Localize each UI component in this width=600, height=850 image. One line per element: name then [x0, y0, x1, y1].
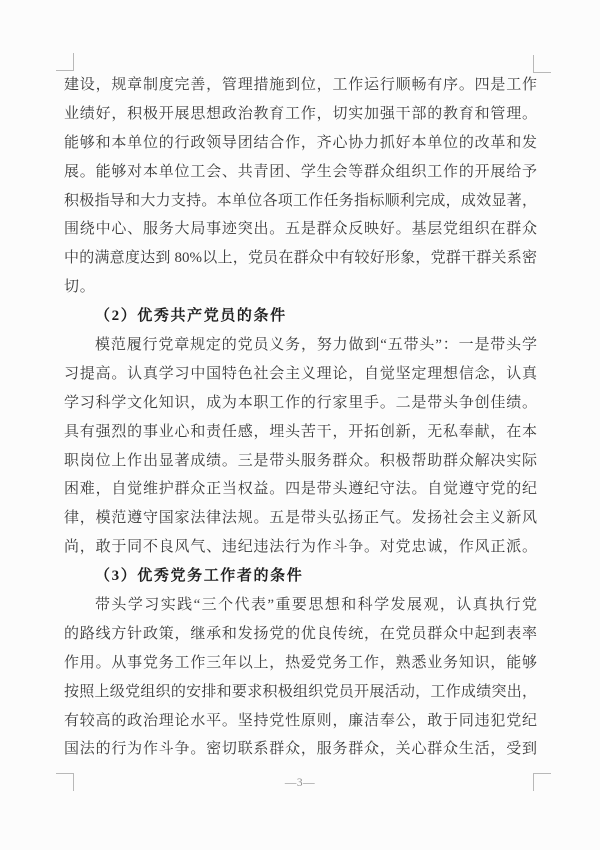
body-line: 展。能够对本单位工会、共青团、学生会等群众组织工作的开展给予	[64, 158, 537, 187]
section-heading-2: （2）优秀共产党员的条件	[64, 302, 537, 331]
section-heading-3: （3）优秀党务工作者的条件	[64, 562, 537, 591]
page-number: —3—	[0, 777, 600, 789]
document-text-block: 建设，规章制度完善，管理措施到位，工作运行顺畅有序。四是工作 业绩好，积极开展思…	[64, 71, 537, 764]
body-line: 律，模范遵守国家法律法规。五是带头弘扬正气。发扬社会主义新风	[64, 504, 537, 533]
body-line: 有较高的政治理论水平。坚持党性原则，廉洁奉公，敢于同违犯党纪	[64, 707, 537, 736]
crop-mark-top-left-icon	[56, 53, 74, 71]
body-line: 国法的行为作斗争。密切联系群众，服务群众，关心群众生活，受到	[64, 735, 537, 764]
body-line: 困难，自觉维护群众正当权益。四是带头遵纪守法。自觉遵守党的纪	[64, 475, 537, 504]
body-line: 具有强烈的事业心和责任感，埋头苦干，开拓创新，无私奉献，在本	[64, 418, 537, 447]
body-line: 围绕中心、服务大局事迹突出。五是群众反映好。基层党组织在群众	[64, 215, 537, 244]
body-line: 习提高。认真学习中国特色社会主义理论，自觉坚定理想信念，认真	[64, 360, 537, 389]
document-page: 建设，规章制度完善，管理措施到位，工作运行顺畅有序。四是工作 业绩好，积极开展思…	[0, 0, 600, 850]
body-line: 建设，规章制度完善，管理措施到位，工作运行顺畅有序。四是工作	[64, 71, 537, 100]
body-line: 积极指导和大力支持。本单位各项工作任务指标顺利完成，成效显著，	[64, 187, 537, 216]
body-line: 模范履行党章规定的党员义务，努力做到“五带头”：一是带头学	[64, 331, 537, 360]
body-line: 能够和本单位的行政领导团结合作，齐心协力抓好本单位的改革和发	[64, 129, 537, 158]
body-line: 作用。从事党务工作三年以上，热爱党务工作，熟悉业务知识，能够	[64, 649, 537, 678]
body-line: 中的满意度达到 80%以上，党员在群众中有较好形象，党群干群关系密	[64, 244, 537, 273]
body-line: 职岗位上作出显著成绩。三是带头服务群众。积极帮助群众解决实际	[64, 447, 537, 476]
body-line: 切。	[64, 273, 537, 302]
body-line: 的路线方针政策，继承和发扬党的优良传统，在党员群众中起到表率	[64, 620, 537, 649]
body-line: 学习科学文化知识，成为本职工作的行家里手。二是带头争创佳绩。	[64, 389, 537, 418]
body-line: 按照上级党组织的安排和要求积极组织党员开展活动，工作成绩突出，	[64, 678, 537, 707]
body-line: 带头学习实践“三个代表”重要思想和科学发展观，认真执行党	[64, 591, 537, 620]
body-line: 业绩好，积极开展思想政治教育工作，切实加强干部的教育和管理。	[64, 100, 537, 129]
body-line: 尚，敢于同不良风气、违纪违法行为作斗争。对党忠诚，作风正派。	[64, 533, 537, 562]
